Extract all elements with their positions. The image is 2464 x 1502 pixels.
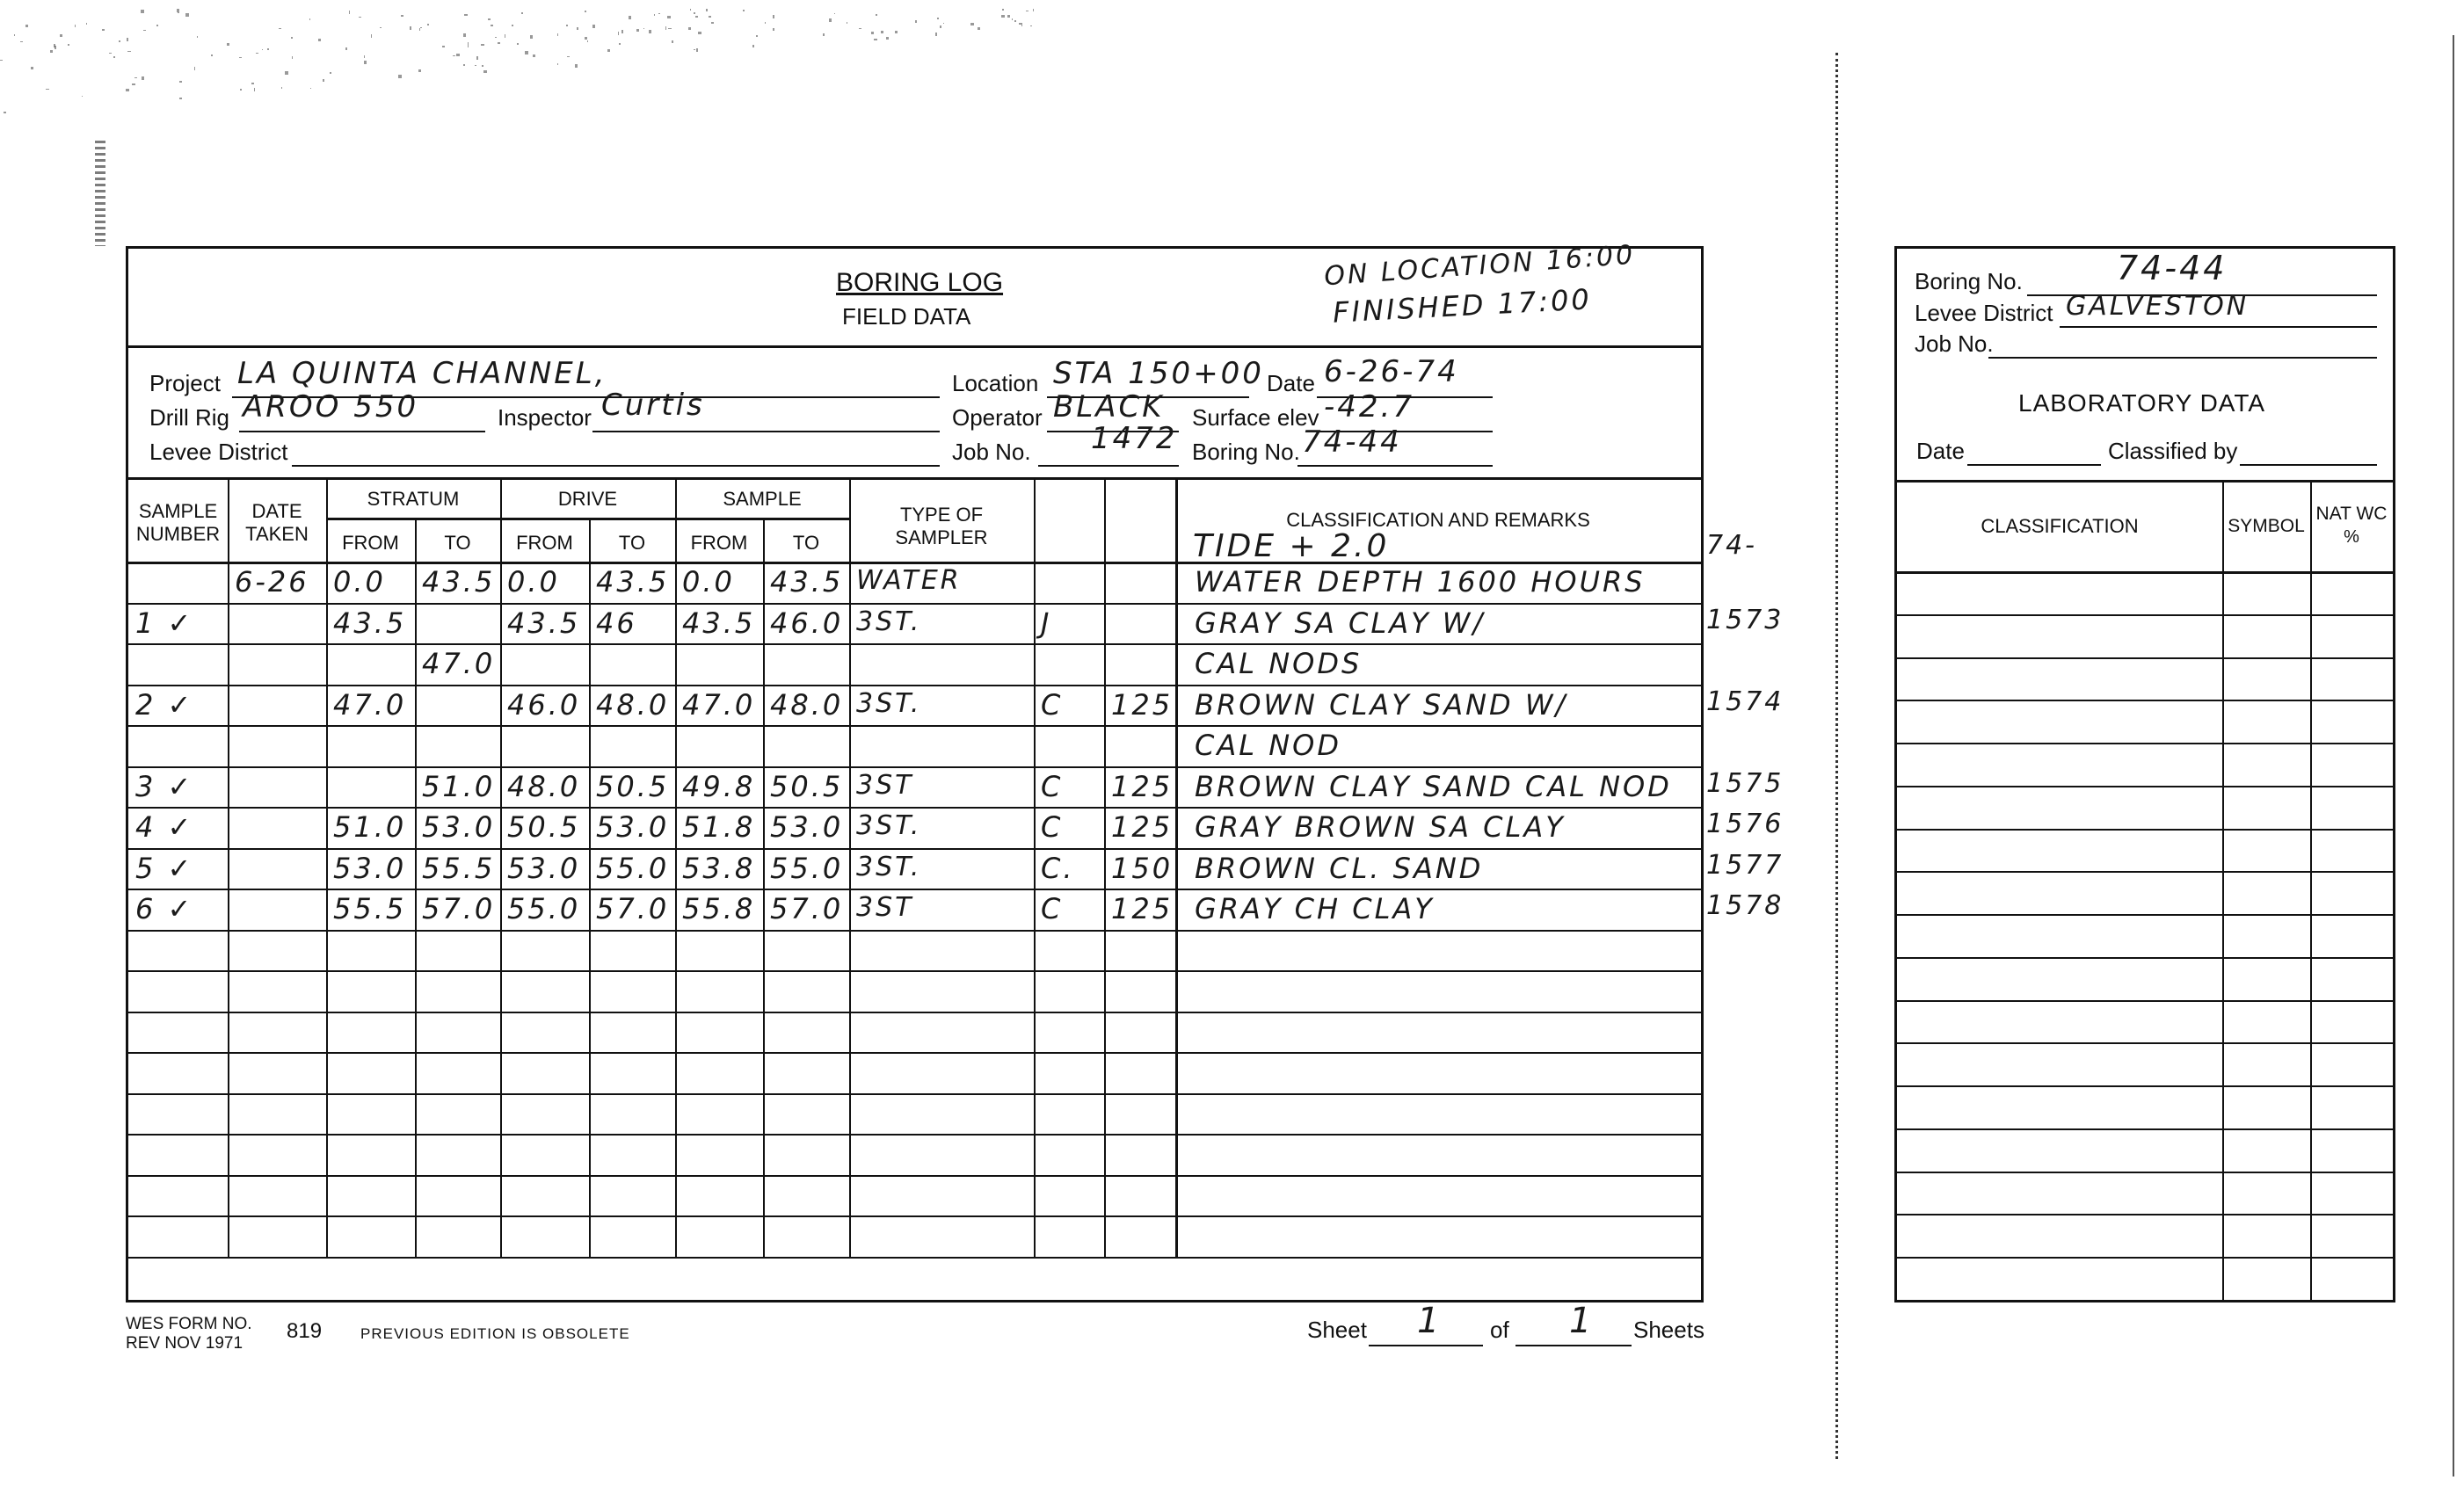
cell-date[interactable]: 6-26: [235, 565, 309, 599]
cell-drv-from[interactable]: 0.0: [507, 565, 560, 599]
cell-drv-from[interactable]: 46.0: [507, 688, 580, 722]
header-to: TO: [589, 532, 675, 555]
cell-drv-to[interactable]: 48.0: [596, 688, 669, 722]
cell-remarks[interactable]: CAL NODS: [1195, 647, 1362, 680]
cell-smp-from[interactable]: 47.0: [682, 688, 755, 722]
cell-lab-number: 1575: [1706, 768, 1784, 799]
cell-str-to[interactable]: 55.5: [422, 852, 495, 885]
cell-sampler[interactable]: 3ST.: [856, 852, 921, 882]
form-number-line1: WES FORM NO.: [126, 1315, 252, 1334]
project-field[interactable]: LA QUINTA CHANNEL,: [237, 356, 607, 391]
cell-remarks[interactable]: BROWN CLAY SAND CAL NOD: [1195, 770, 1672, 803]
form-number: 819: [287, 1322, 322, 1341]
project-label: Project: [149, 370, 221, 397]
cell-smp-to[interactable]: 55.0: [770, 852, 843, 885]
drill-rig-field[interactable]: AROO 550: [243, 389, 418, 424]
cell-smp-from[interactable]: 43.5: [682, 606, 755, 640]
lab-classified-by-line: [2240, 464, 2377, 466]
cell-remarks[interactable]: CAL NOD: [1195, 729, 1341, 762]
of-label: of: [1490, 1317, 1509, 1344]
header-to: TO: [415, 532, 500, 555]
lab-date-line: [1967, 464, 2101, 466]
column-divider: [326, 477, 328, 1257]
column-divider: [1034, 477, 1036, 1257]
header-drive: DRIVE: [500, 488, 675, 511]
row-rule: [128, 603, 1701, 605]
cell-smp-to[interactable]: 53.0: [770, 810, 843, 844]
location-label: Location: [952, 370, 1038, 397]
margin-note: 74-: [1706, 530, 1757, 561]
row-rule: [128, 1052, 1701, 1054]
of-field[interactable]: 1: [1569, 1301, 1594, 1341]
header-type-of-sampler: TYPE OF: [849, 504, 1034, 526]
cell-smp-from[interactable]: 55.8: [682, 892, 755, 925]
lab-row-rule: [1897, 1000, 2393, 1002]
column-divider: [675, 477, 677, 1257]
lab-row-rule: [1897, 1085, 2393, 1087]
page-edge: [2453, 35, 2454, 1477]
cell-drv-to[interactable]: 55.0: [596, 852, 669, 885]
cell-sampler[interactable]: 3ST.: [856, 810, 921, 841]
header-date-taken-2: TAKEN: [228, 523, 326, 546]
cell-sample[interactable]: 4 ✓: [135, 810, 193, 844]
lab-title: LABORATORY DATA: [2018, 389, 2265, 417]
drill-rig-label: Drill Rig: [149, 404, 229, 432]
cell-sampler[interactable]: 3ST: [856, 892, 913, 923]
date-field[interactable]: 6-26-74: [1324, 354, 1459, 389]
column-divider: [228, 477, 229, 1257]
cell-str-to[interactable]: 57.0: [422, 892, 495, 925]
lab-row-rule: [1897, 914, 2393, 916]
lab-header-classification: CLASSIFICATION: [1897, 515, 2222, 538]
cell-str-from[interactable]: 55.5: [333, 892, 406, 925]
scan-speckle: [0, 0, 2464, 176]
cell-c1[interactable]: C: [1041, 892, 1063, 925]
header-rule: [128, 562, 1701, 564]
lab-boring-no-label: Boring No.: [1915, 268, 2023, 295]
lab-header-nat-wc: NAT WC: [2310, 503, 2393, 526]
cell-smp-to[interactable]: 43.5: [770, 565, 843, 599]
lab-row-rule: [1897, 786, 2393, 787]
cell-sampler[interactable]: 3ST.: [856, 688, 921, 719]
lab-row-rule: [1897, 1128, 2393, 1130]
lab-job-no-line: [1988, 357, 2377, 359]
cell-smp-from[interactable]: 53.8: [682, 852, 755, 885]
project-info: Project LA QUINTA CHANNEL, Location STA …: [128, 345, 1701, 480]
cell-c1[interactable]: C: [1041, 770, 1063, 803]
cell-c1[interactable]: C.: [1041, 852, 1075, 885]
cell-lab-number: 1576: [1706, 809, 1784, 839]
header-date-taken: DATE: [228, 500, 326, 523]
lab-row-rule: [1897, 743, 2393, 744]
header-sample: SAMPLE: [675, 488, 849, 511]
cell-c1[interactable]: J: [1041, 606, 1051, 640]
cell-c1[interactable]: C: [1041, 810, 1063, 844]
cell-drv-from[interactable]: 55.0: [507, 892, 580, 925]
cell-smp-to[interactable]: 50.5: [770, 770, 843, 803]
cell-sampler[interactable]: 3ST: [856, 770, 913, 801]
lab-header-rule: [1897, 480, 2393, 483]
row-rule: [128, 848, 1701, 850]
lab-row-rule: [1897, 829, 2393, 831]
sample-table: SAMPLENUMBERDATETAKENSTRATUMDRIVESAMPLEF…: [128, 477, 1701, 1302]
laboratory-data-panel: Boring No. 74-44 Levee District GALVESTO…: [1894, 246, 2395, 1302]
scan-margin-mark: [95, 141, 105, 246]
cell-smp-to[interactable]: 57.0: [770, 892, 843, 925]
cell-sample[interactable]: 1 ✓: [135, 606, 193, 640]
boring-no-field[interactable]: 74-44: [1302, 424, 1402, 460]
cell-c2[interactable]: 125: [1111, 770, 1173, 803]
lab-header-symbol: SYMBOL: [2222, 515, 2310, 538]
lab-row-rule: [1897, 700, 2393, 701]
header-from: FROM: [326, 532, 415, 555]
inspector-field[interactable]: Curtis: [601, 388, 705, 423]
cell-drv-from[interactable]: 53.0: [507, 852, 580, 885]
lab-row-rule: [1897, 957, 2393, 959]
row-rule: [128, 725, 1701, 727]
header-stratum: STRATUM: [326, 488, 500, 511]
form-number-block: WES FORM NO. REV NOV 1971: [126, 1315, 252, 1353]
job-no-field[interactable]: 1472: [1091, 421, 1178, 456]
cell-smp-to[interactable]: 46.0: [770, 606, 843, 640]
cell-str-from[interactable]: 43.5: [333, 606, 406, 640]
of-line: [1515, 1345, 1632, 1346]
cell-sample[interactable]: 2 ✓: [135, 688, 193, 722]
cell-drv-to[interactable]: 57.0: [596, 892, 669, 925]
lab-job-no-label: Job No.: [1915, 330, 1994, 358]
cell-sample[interactable]: 3 ✓: [135, 770, 193, 803]
sheet-label: Sheet: [1307, 1317, 1367, 1344]
cell-smp-from[interactable]: 49.8: [682, 770, 755, 803]
row-rule: [128, 1175, 1701, 1177]
cell-remarks[interactable]: BROWN CLAY SAND W/: [1195, 688, 1567, 722]
cell-str-to[interactable]: 53.0: [422, 810, 495, 844]
cell-str-to[interactable]: 51.0: [422, 770, 495, 803]
column-divider: [1104, 477, 1106, 1257]
lab-row-rule: [1897, 614, 2393, 616]
column-divider: [500, 477, 502, 1257]
levee-district-line: [292, 465, 940, 467]
cell-c2[interactable]: 150: [1111, 852, 1173, 885]
header-remark: TIDE + 2.0: [1193, 528, 1389, 564]
cell-sampler[interactable]: 3ST.: [856, 606, 921, 637]
cell-sample[interactable]: 5 ✓: [135, 852, 193, 885]
cell-str-from[interactable]: 0.0: [333, 565, 386, 599]
lab-row-rule: [1897, 871, 2393, 873]
location-field[interactable]: STA 150+00: [1053, 356, 1264, 391]
surface-elev-label: Surface elev: [1192, 404, 1319, 432]
lab-levee-district-field[interactable]: GALVESTON: [2066, 291, 2249, 322]
row-rule: [128, 930, 1701, 932]
header-type-of-sampler-2: SAMPLER: [849, 526, 1034, 549]
job-no-line: [1038, 465, 1179, 467]
lab-header-nat-wc-unit: %: [2310, 526, 2393, 548]
column-divider: [849, 477, 851, 1257]
lab-classified-by-label: Classified by: [2108, 438, 2237, 465]
date-label: Date: [1267, 370, 1315, 397]
lab-column-divider: [2310, 480, 2312, 1300]
cell-remarks[interactable]: GRAY CH CLAY: [1195, 892, 1435, 925]
cell-lab-number: 1573: [1706, 605, 1784, 635]
subheader-rule: [326, 518, 849, 520]
column-divider: [763, 518, 765, 1257]
cell-str-from[interactable]: 53.0: [333, 852, 406, 885]
cell-str-to[interactable]: 47.0: [422, 647, 495, 680]
finished-note: FINISHED 17:00: [1332, 282, 1592, 329]
cell-smp-from[interactable]: 51.8: [682, 810, 755, 844]
surface-elev-field[interactable]: -42.7: [1324, 389, 1414, 424]
header-from: FROM: [675, 532, 763, 555]
header-sample-number: SAMPLE: [128, 500, 228, 523]
perforation-divider: [1835, 53, 1838, 1459]
drill-rig-line: [239, 431, 485, 432]
row-rule: [128, 970, 1701, 972]
row-rule: [128, 889, 1701, 890]
cell-drv-from[interactable]: 43.5: [507, 606, 580, 640]
boring-no-label: Boring No.: [1192, 439, 1300, 466]
form-title: BORING LOG: [836, 268, 1003, 298]
cell-smp-from[interactable]: 0.0: [682, 565, 735, 599]
row-rule: [128, 1134, 1701, 1136]
operator-label: Operator: [952, 404, 1043, 432]
row-rule: [128, 807, 1701, 809]
lab-levee-district-line: [2060, 326, 2377, 328]
lab-header-bottom-rule: [1897, 571, 2393, 574]
operator-field[interactable]: BLACK: [1053, 389, 1165, 424]
lab-row-rule: [1897, 1214, 2393, 1215]
sheet-line: [1369, 1345, 1483, 1346]
form-number-line2: REV NOV 1971: [126, 1334, 252, 1353]
header-sample-number-2: NUMBER: [128, 523, 228, 546]
cell-c2[interactable]: 125: [1111, 688, 1173, 722]
cell-remarks[interactable]: GRAY BROWN SA CLAY: [1195, 810, 1566, 844]
cell-drv-to[interactable]: 50.5: [596, 770, 669, 803]
inspector-line: [592, 431, 940, 432]
cell-c1[interactable]: C: [1041, 688, 1063, 722]
cell-remarks[interactable]: WATER DEPTH 1600 HOURS: [1195, 565, 1646, 599]
lab-levee-district-label: Levee District: [1915, 300, 2053, 327]
row-rule: [128, 1215, 1701, 1217]
sheets-label: Sheets: [1633, 1317, 1704, 1344]
cell-drv-to[interactable]: 43.5: [596, 565, 669, 599]
cell-drv-from[interactable]: 48.0: [507, 770, 580, 803]
column-divider: [589, 518, 591, 1257]
cell-c2[interactable]: 125: [1111, 892, 1173, 925]
boring-no-line: [1297, 465, 1493, 467]
remarks-divider: [1175, 477, 1178, 1257]
cell-drv-to[interactable]: 53.0: [596, 810, 669, 844]
lab-boring-no-field[interactable]: 74-44: [2117, 249, 2227, 287]
cell-sampler[interactable]: WATER: [856, 565, 962, 596]
levee-district-label: Levee District: [149, 439, 288, 466]
title-block: BORING LOG FIELD DATA ON LOCATION 16:00 …: [128, 249, 1701, 348]
cell-remarks[interactable]: BROWN CL. SAND: [1195, 852, 1483, 885]
cell-lab-number: 1574: [1706, 686, 1784, 717]
row-rule: [128, 1093, 1701, 1095]
lab-row-rule: [1897, 657, 2393, 659]
lab-date-label: Date: [1916, 438, 1965, 465]
row-rule: [128, 1257, 1701, 1259]
cell-smp-to[interactable]: 48.0: [770, 688, 843, 722]
cell-remarks[interactable]: GRAY SA CLAY W/: [1195, 606, 1485, 640]
lab-column-divider: [2222, 480, 2224, 1300]
cell-drv-to[interactable]: 46: [596, 606, 637, 640]
cell-str-from[interactable]: 51.0: [333, 810, 406, 844]
edition-note: PREVIOUS EDITION IS OBSOLETE: [360, 1324, 630, 1344]
cell-str-from[interactable]: 47.0: [333, 688, 406, 722]
boring-log-form: BORING LOG FIELD DATA ON LOCATION 16:00 …: [126, 246, 1704, 1302]
cell-drv-from[interactable]: 50.5: [507, 810, 580, 844]
cell-sample[interactable]: 6 ✓: [135, 892, 193, 925]
cell-str-to[interactable]: 43.5: [422, 565, 495, 599]
sheet-field[interactable]: 1: [1417, 1301, 1442, 1341]
row-rule: [128, 766, 1701, 768]
header-to: TO: [763, 532, 849, 555]
row-rule: [128, 1012, 1701, 1013]
lab-row-rule: [1897, 1042, 2393, 1044]
cell-c2[interactable]: 125: [1111, 810, 1173, 844]
lab-row-rule: [1897, 1172, 2393, 1173]
lab-row-rule: [1897, 1257, 2393, 1259]
column-divider: [415, 518, 417, 1257]
inspector-label: Inspector: [498, 404, 592, 432]
cell-lab-number: 1577: [1706, 850, 1784, 881]
header-from: FROM: [500, 532, 589, 555]
form-subtitle: FIELD DATA: [842, 303, 970, 330]
job-no-label: Job No.: [952, 439, 1031, 466]
row-rule: [128, 685, 1701, 686]
cell-lab-number: 1578: [1706, 890, 1784, 921]
row-rule: [128, 643, 1701, 645]
